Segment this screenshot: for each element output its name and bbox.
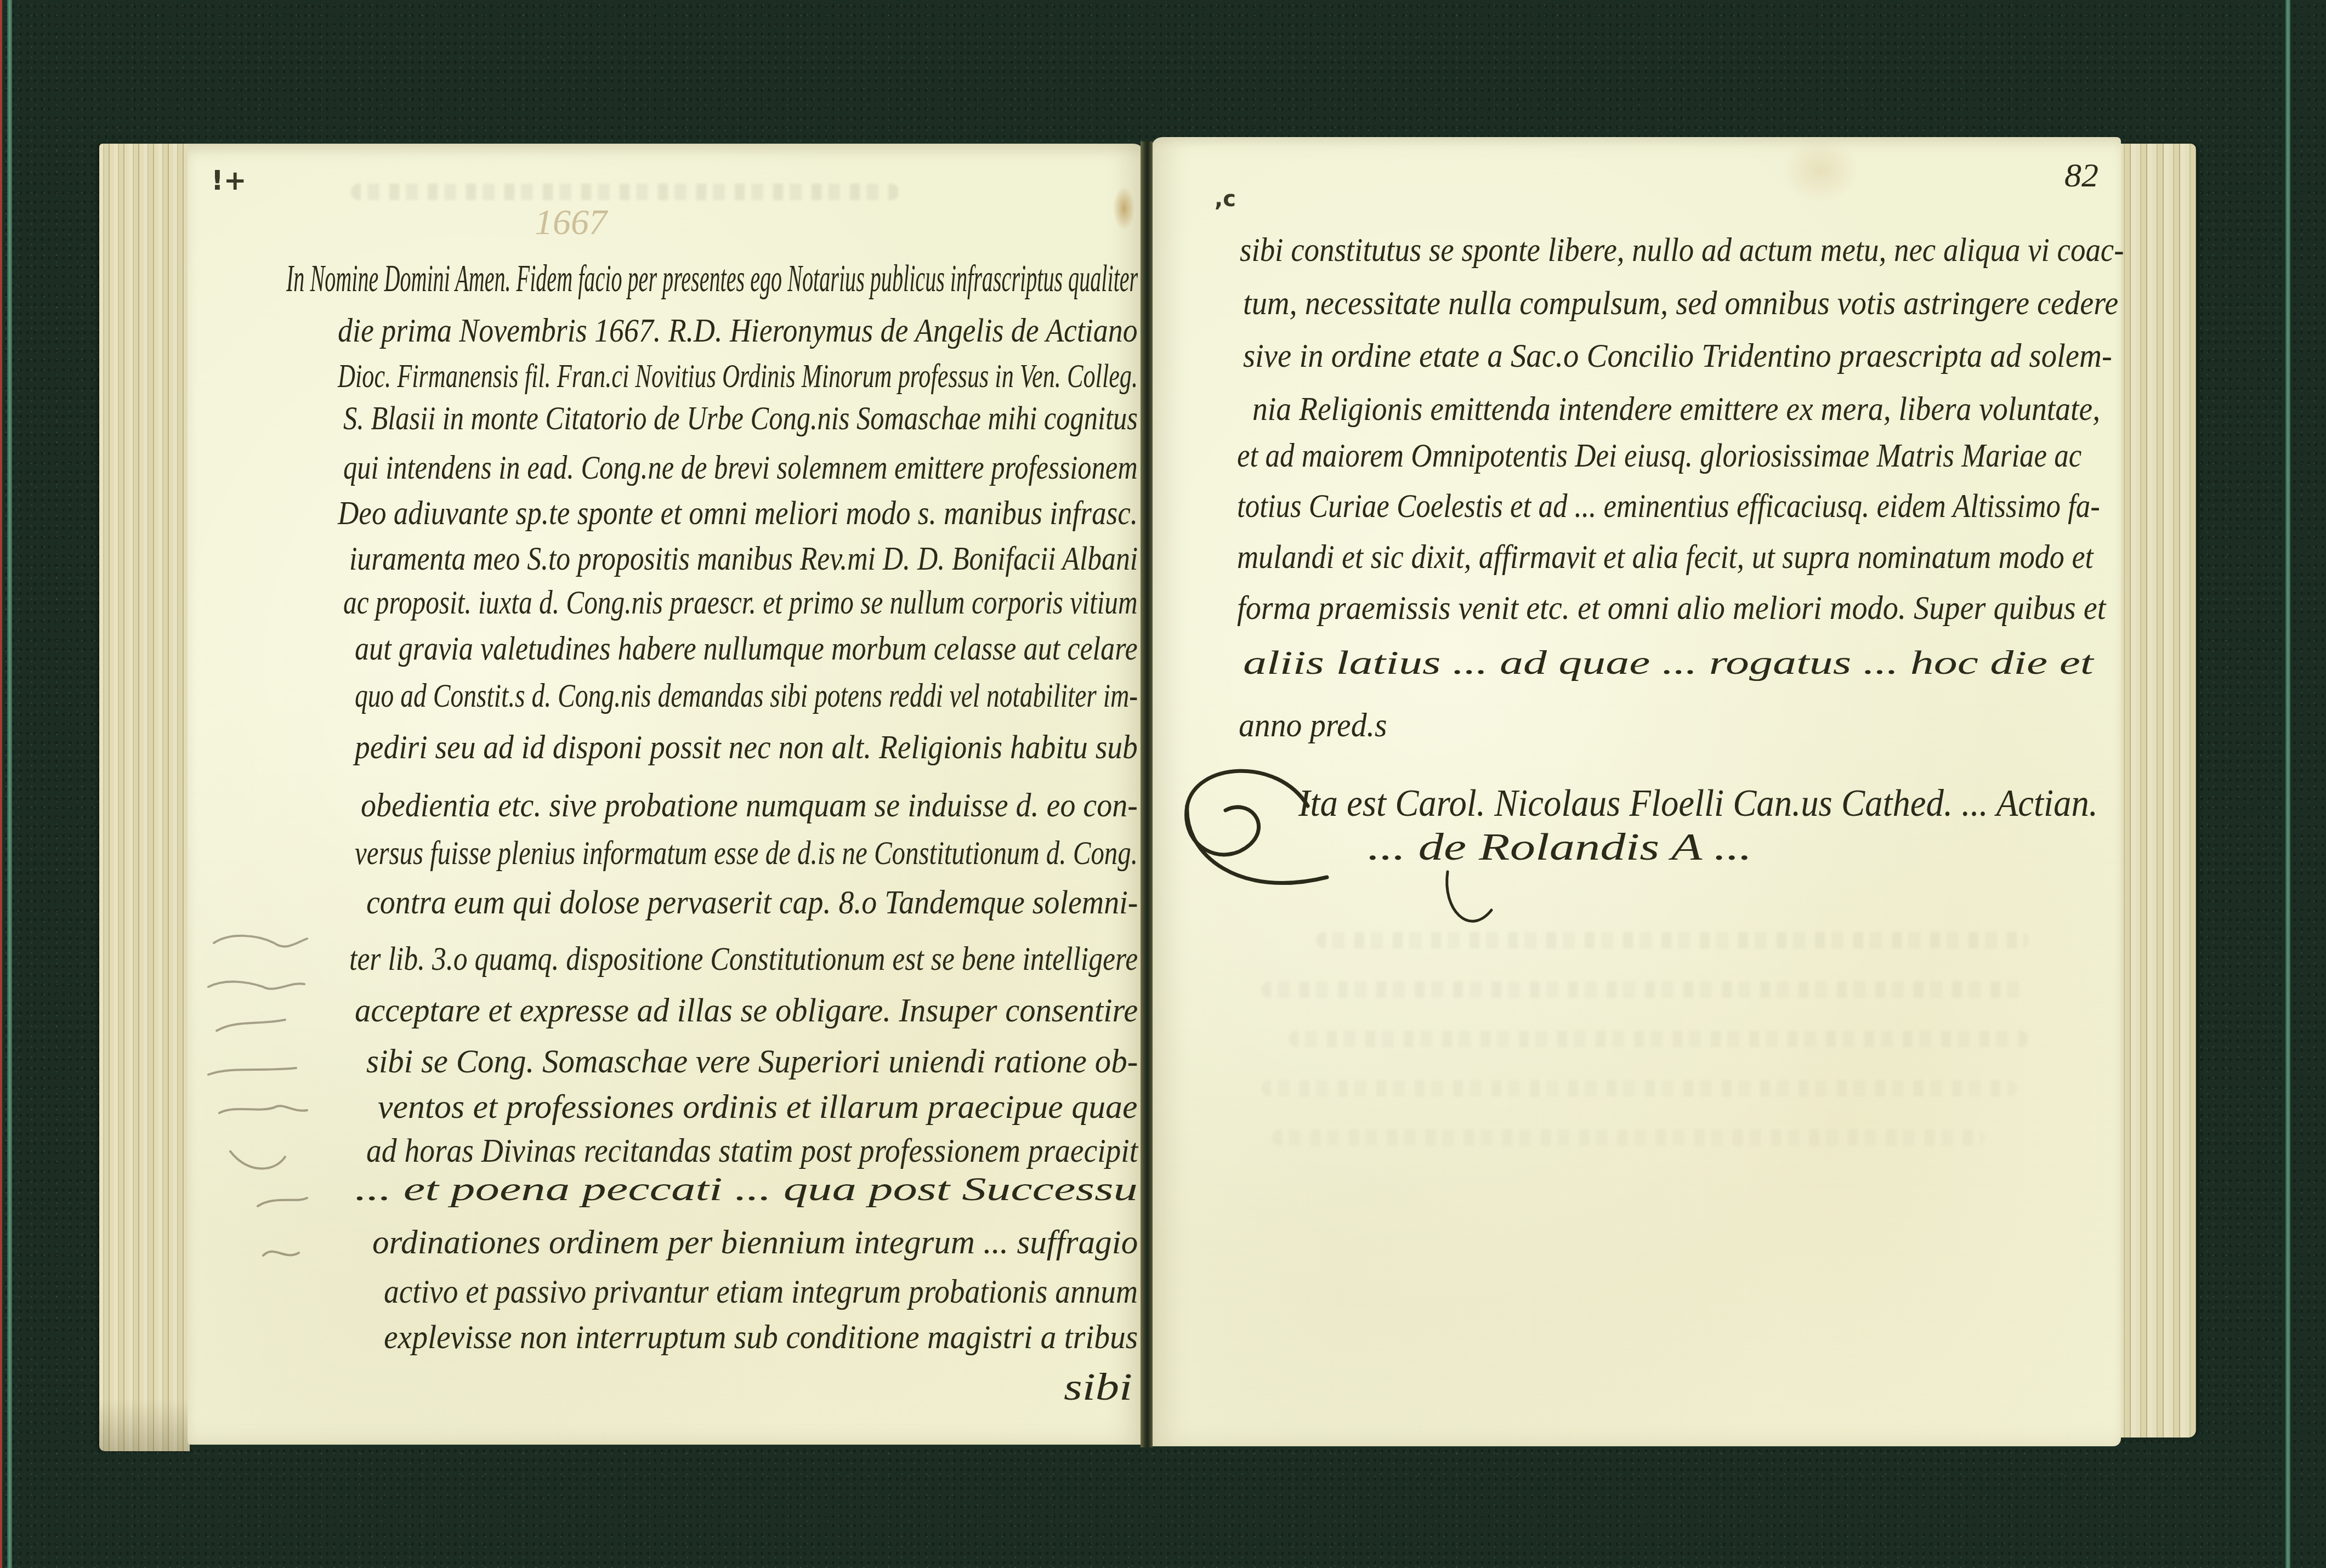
- manuscript-line: sibi constitutus se sponte libere, nullo…: [1240, 230, 2124, 270]
- faint-year: 1667: [535, 202, 607, 243]
- manuscript-line: qui intendens in ead. Cong.ne de brevi s…: [343, 448, 1138, 487]
- line-text: ordinationes ordinem per biennium integr…: [372, 1223, 1138, 1262]
- manuscript-line: pediri seu ad id disponi possit nec non …: [355, 728, 1138, 767]
- line-text: ad horas Divinas recitandas statim post …: [366, 1131, 1138, 1171]
- manuscript-line: aliis latius ... ad quae ... rogatus ...…: [1243, 643, 2094, 683]
- line-text: S. Blasii in monte Citatorio de Urbe Con…: [343, 399, 1138, 438]
- line-text: Dioc. Firmanensis fil. Fran.ci Novitius …: [338, 356, 1138, 396]
- catchword-text: sibi: [1064, 1368, 1132, 1407]
- manuscript-line: iuramenta meo S.to propositis manibus Re…: [349, 539, 1138, 578]
- manuscript-line: tum, necessitate nulla compulsum, sed om…: [1243, 283, 2118, 323]
- manuscript-line: S. Blasii in monte Citatorio de Urbe Con…: [343, 399, 1138, 438]
- paper-stain: [1782, 137, 1859, 203]
- manuscript-line: totius Curiae Coelestis et ad ... eminen…: [1237, 486, 2100, 526]
- manuscript-line: contra eum qui dolose pervaserit cap. 8.…: [366, 883, 1138, 922]
- line-text: obedientia etc. sive probatione numquam …: [361, 786, 1138, 825]
- notary-signature-line: ... de Rolandis A ...: [1368, 828, 1752, 867]
- line-text: activo et passivo privantur etiam integr…: [384, 1272, 1138, 1311]
- corner-mark: !+: [211, 164, 247, 196]
- line-text: qui intendens in ead. Cong.ne de brevi s…: [343, 448, 1138, 487]
- line-text: mulandi et sic dixit, affirmavit et alia…: [1237, 537, 2094, 577]
- folio-number: 82: [2064, 156, 2098, 195]
- line-text: aliis latius ... ad quae ... rogatus ...…: [1243, 643, 2094, 683]
- frame-line-left: [7, 0, 12, 1568]
- ink-stain: [1113, 186, 1135, 230]
- manuscript-line: versus fuisse plenius informatum esse de…: [355, 833, 1138, 873]
- line-text: iuramenta meo S.to propositis manibus Re…: [349, 539, 1138, 578]
- bleed-through-text: [1272, 1129, 1985, 1146]
- line-text: tum, necessitate nulla compulsum, sed om…: [1243, 283, 2118, 323]
- catchword: sibi: [1064, 1368, 1132, 1407]
- corner-mark: ,c: [1215, 186, 1236, 212]
- manuscript-line: Dioc. Firmanensis fil. Fran.ci Novitius …: [338, 356, 1138, 396]
- manuscript-line: sibi se Cong. Somaschae vere Superiori u…: [366, 1042, 1138, 1081]
- bleed-through-text: [1261, 1080, 2018, 1097]
- manuscript-line: et ad maiorem Omnipotentis Dei eiusq. gl…: [1237, 436, 2081, 475]
- frame-line-right: [2285, 0, 2290, 1568]
- line-text: sibi constitutus se sponte libere, nullo…: [1240, 230, 2124, 270]
- line-text: nia Religionis emittenda intendere emitt…: [1252, 389, 2100, 429]
- manuscript-line: die prima Novembris 1667. R.D. Hieronymu…: [338, 311, 1138, 350]
- line-text: sibi se Cong. Somaschae vere Superiori u…: [366, 1042, 1138, 1081]
- scan-edge-red: [0, 0, 2, 1568]
- signature-text: Ita est Carol. Nicolaus Floelli Can.us C…: [1298, 784, 2098, 823]
- line-text: pediri seu ad id disponi possit nec non …: [355, 728, 1138, 767]
- line-text: die prima Novembris 1667. R.D. Hieronymu…: [338, 311, 1138, 350]
- manuscript-line: obedientia etc. sive probatione numquam …: [361, 786, 1138, 825]
- line-text: ventos et professiones ordinis et illaru…: [378, 1087, 1138, 1127]
- right-page-stack: [2119, 144, 2196, 1438]
- manuscript-line: ad horas Divinas recitandas statim post …: [366, 1131, 1138, 1171]
- manuscript-line: activo et passivo privantur etiam integr…: [384, 1272, 1138, 1311]
- manuscript-line: ac proposit. iuxta d. Cong.nis praescr. …: [343, 583, 1138, 622]
- manuscript-line: aut gravia valetudines habere nullumque …: [355, 629, 1138, 668]
- line-text: ac proposit. iuxta d. Cong.nis praescr. …: [343, 583, 1138, 622]
- line-text: aut gravia valetudines habere nullumque …: [355, 629, 1138, 668]
- left-page-stack: [99, 144, 190, 1451]
- line-text: totius Curiae Coelestis et ad ... eminen…: [1237, 486, 2100, 526]
- manuscript-line: ... et poena peccati ... qua post Succes…: [355, 1169, 1138, 1209]
- manuscript-line: nia Religionis emittenda intendere emitt…: [1252, 389, 2100, 429]
- bleed-through-text: [1316, 932, 2029, 948]
- manuscript-line: quo ad Constit.s d. Cong.nis demandas si…: [355, 676, 1138, 715]
- line-text: ter lib. 3.o quamq. dispositione Constit…: [349, 939, 1138, 979]
- signature-text: ... de Rolandis A ...: [1368, 828, 1752, 867]
- bleed-through-text: [1289, 1031, 2029, 1047]
- line-text: explevisse non interruptum sub condition…: [384, 1317, 1138, 1357]
- line-text: anno pred.s: [1239, 706, 1387, 745]
- line-text: contra eum qui dolose pervaserit cap. 8.…: [366, 883, 1138, 922]
- manuscript-line: ordinationes ordinem per biennium integr…: [372, 1223, 1138, 1262]
- manuscript-line: explevisse non interruptum sub condition…: [384, 1317, 1138, 1357]
- line-text: In Nomine Domini Amen. Fidem facio per p…: [286, 259, 1138, 299]
- manuscript-line: mulandi et sic dixit, affirmavit et alia…: [1237, 537, 2094, 577]
- manuscript-line: forma praemissis venit etc. et omni alio…: [1237, 588, 2106, 628]
- manuscript-line: In Nomine Domini Amen. Fidem facio per p…: [286, 259, 1138, 299]
- manuscript-line: acceptare et expresse ad illas se obliga…: [355, 991, 1138, 1030]
- line-text: acceptare et expresse ad illas se obliga…: [355, 991, 1138, 1030]
- manuscript-line: Deo adiuvante sp.te sponte et omni melio…: [338, 493, 1138, 533]
- line-text: versus fuisse plenius informatum esse de…: [355, 833, 1138, 873]
- line-text: Deo adiuvante sp.te sponte et omni melio…: [338, 493, 1138, 533]
- line-text: sive in ordine etate a Sac.o Concilio Tr…: [1243, 336, 2112, 376]
- book-gutter: [1141, 141, 1153, 1447]
- line-text: et ad maiorem Omnipotentis Dei eiusq. gl…: [1237, 436, 2081, 475]
- manuscript-line: sive in ordine etate a Sac.o Concilio Tr…: [1243, 336, 2112, 376]
- bleed-through-text: [1261, 981, 2029, 998]
- notary-signature-line: Ita est Carol. Nicolaus Floelli Can.us C…: [1298, 784, 2098, 823]
- manuscript-line: ter lib. 3.o quamq. dispositione Constit…: [349, 939, 1138, 979]
- line-text: quo ad Constit.s d. Cong.nis demandas si…: [355, 676, 1138, 715]
- manuscript-line: anno pred.s: [1239, 706, 1387, 745]
- bleed-through-text: [351, 184, 899, 200]
- manuscript-line: ventos et professiones ordinis et illaru…: [378, 1087, 1138, 1127]
- line-text: forma praemissis venit etc. et omni alio…: [1237, 588, 2106, 628]
- line-text: ... et poena peccati ... qua post Succes…: [355, 1169, 1138, 1209]
